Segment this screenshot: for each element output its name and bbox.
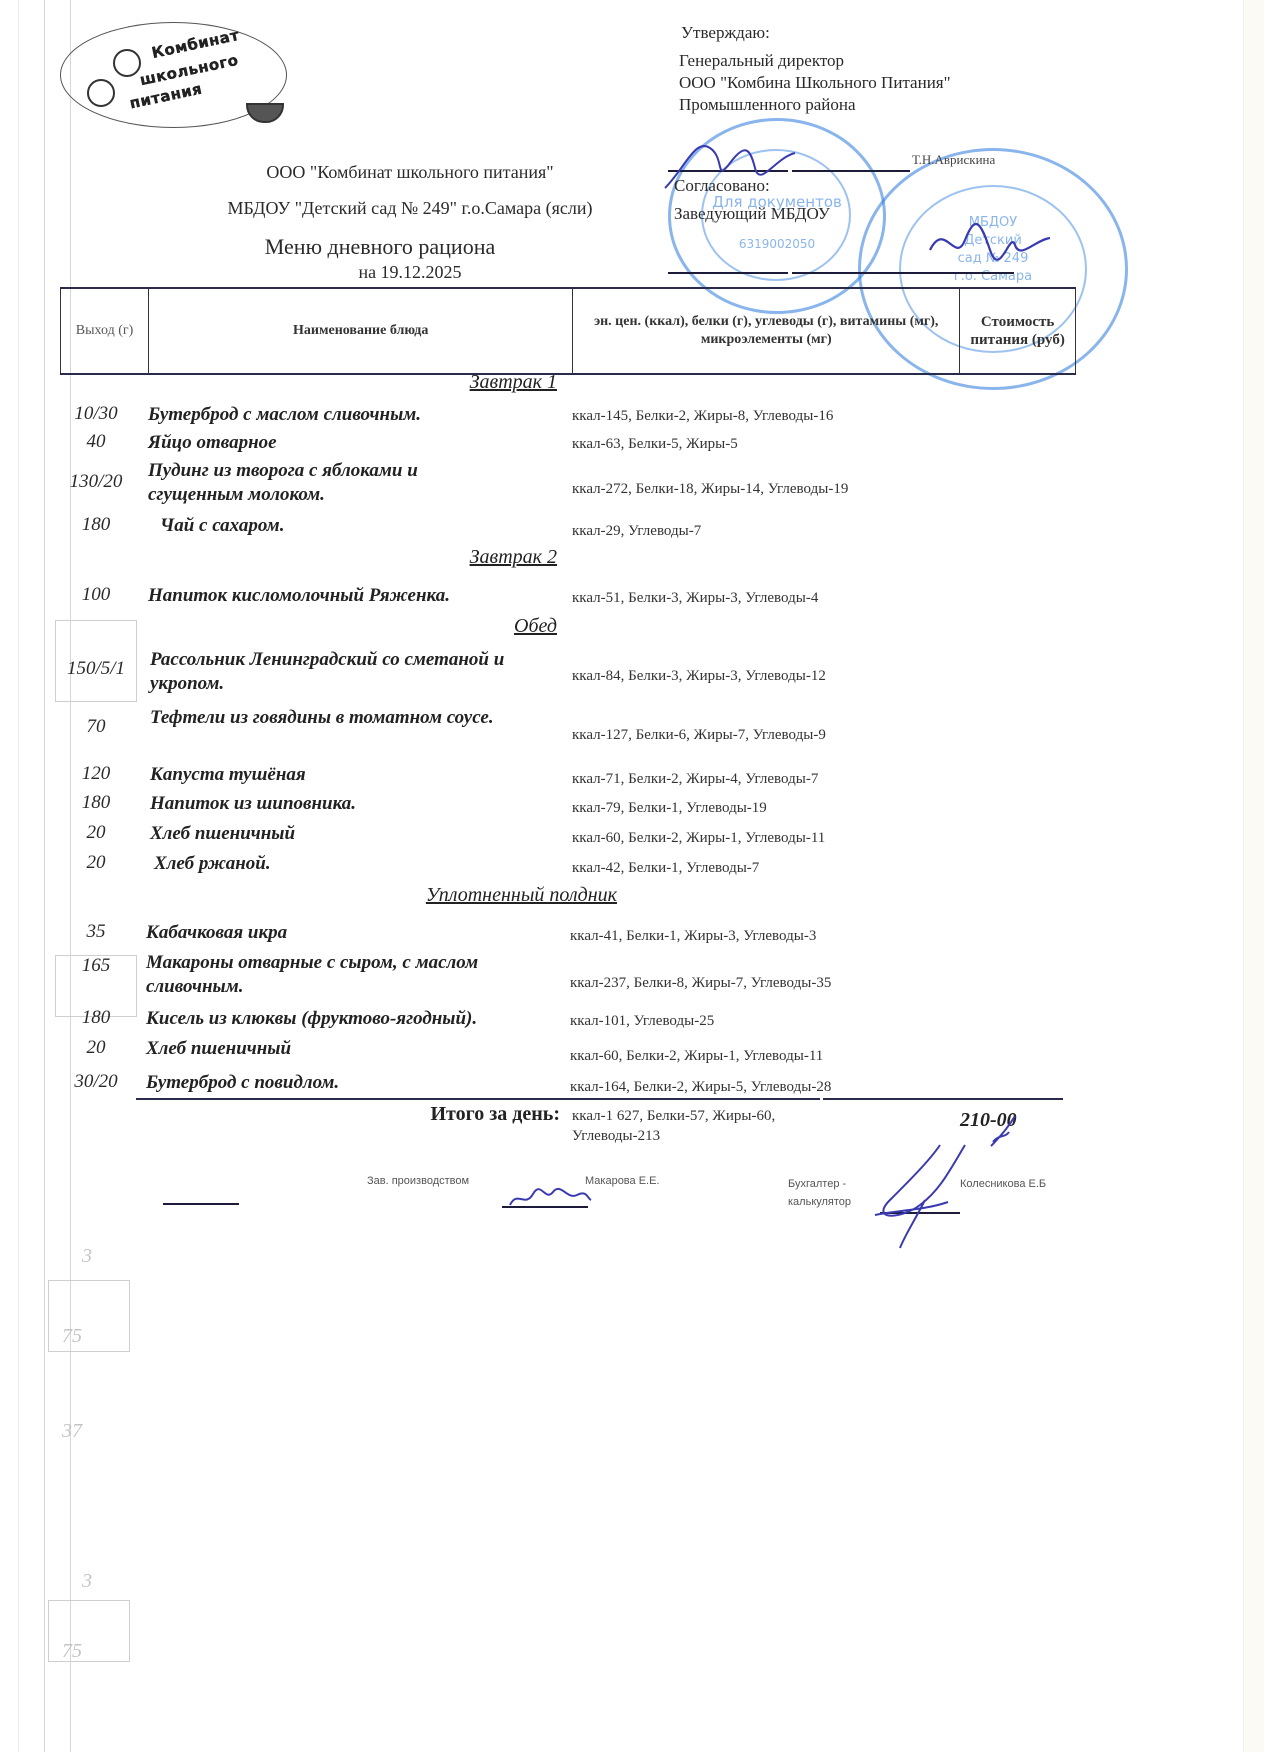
dish-nutrition: ккал-84, Белки-3, Жиры-3, Углеводы-12 — [572, 668, 826, 685]
table-header: Выход (г) Наименование блюда эн. цен. (к… — [60, 287, 1076, 375]
dish-nutrition: ккал-41, Белки-1, Жиры-3, Углеводы-3 — [570, 928, 816, 945]
column-header-nutrition: эн. цен. (ккал), белки (г), углеводы (г)… — [572, 289, 959, 373]
dish-name: Напиток кисломолочный Ряженка. — [148, 584, 568, 608]
section-heading: Уплотненный полдник — [140, 884, 617, 907]
dish-name: Хлеб ржаной. — [154, 852, 574, 876]
dish-name: Бутерброд с повидлом. — [146, 1071, 566, 1095]
dish-name: Кисель из клюквы (фруктово-ягодный). — [146, 1007, 566, 1031]
dish-weight: 180 — [52, 1007, 140, 1029]
director-signature-line — [792, 170, 910, 172]
production-title: Зав. производством — [367, 1175, 469, 1187]
dish-weight: 10/30 — [52, 403, 140, 425]
column-header-dish: Наименование блюда — [148, 289, 572, 373]
cost-initials — [985, 1112, 1025, 1152]
dish-weight: 20 — [52, 852, 140, 874]
section-heading: Обед — [140, 615, 557, 638]
approval-heading: Утверждаю: — [681, 22, 951, 44]
dish-nutrition: ккал-29, Углеводы-7 — [572, 523, 701, 540]
dish-nutrition: ккал-60, Белки-2, Жиры-1, Углеводы-11 — [570, 1048, 823, 1065]
dish-weight: 100 — [52, 584, 140, 606]
total-divider — [823, 1098, 1063, 1100]
dish-name: Пудинг из творога с яблоками и сгущенным… — [148, 459, 508, 507]
accountant-title: калькулятор — [788, 1196, 851, 1208]
approval-district: Промышленного района — [679, 94, 951, 116]
dish-weight: 35 — [52, 921, 140, 943]
section-heading: Завтрак 1 — [140, 371, 557, 394]
bowl-icon — [246, 103, 284, 123]
dish-nutrition: ккал-237, Белки-8, Жиры-7, Углеводы-35 — [570, 975, 831, 992]
total-nutrition: ккал-1 627, Белки-57, Жиры-60, Углеводы-… — [572, 1106, 872, 1146]
dish-nutrition: ккал-79, Белки-1, Углеводы-19 — [572, 800, 767, 817]
total-nutrition-line: ккал-1 627, Белки-57, Жиры-60, — [572, 1106, 872, 1126]
section-heading: Завтрак 2 — [140, 546, 557, 569]
scan-bleed-margin: 75 37 75 3 3 — [0, 0, 150, 1752]
dish-nutrition: ккал-42, Белки-1, Углеводы-7 — [572, 860, 759, 877]
total-divider — [136, 1098, 560, 1100]
dish-nutrition: ккал-145, Белки-2, Жиры-8, Углеводы-16 — [572, 408, 833, 425]
signature-line — [163, 1203, 239, 1205]
total-label: Итого за день: — [400, 1103, 560, 1126]
dish-weight: 180 — [52, 514, 140, 536]
child-face-icon — [87, 79, 115, 107]
dish-name: Хлеб пшеничный — [146, 1037, 566, 1061]
dish-name: Яйцо отварное — [148, 431, 568, 455]
page-title: Меню дневного рациона — [100, 234, 660, 260]
dish-name: Хлеб пшеничный — [150, 822, 570, 846]
approval-block: Утверждаю: Генеральный директор ООО "Ком… — [679, 22, 951, 116]
dish-nutrition: ккал-127, Белки-6, Жиры-7, Углеводы-9 — [572, 727, 826, 744]
dish-weight: 130/20 — [52, 471, 140, 493]
org-name: ООО "Комбинат школьного питания" — [130, 162, 690, 183]
column-header-weight: Выход (г) — [60, 289, 148, 373]
logo-word: питания — [128, 80, 204, 113]
total-divider — [560, 1098, 820, 1100]
dish-name: Рассольник Ленинградский со сметаной и у… — [150, 648, 570, 696]
dish-name: Бутерброд с маслом сливочным. — [148, 403, 568, 427]
dish-name: Тефтели из говядины в томатном соусе. — [150, 706, 530, 730]
dish-name: Напиток из шиповника. — [150, 792, 570, 816]
approval-company: ООО "Комбина Школьного Питания" — [679, 72, 951, 94]
approval-position: Генеральный директор — [679, 50, 951, 72]
accountant-title: Бухгалтер - — [788, 1178, 846, 1190]
column-header-cost: Стоимость питания (руб) — [959, 289, 1076, 373]
dish-nutrition: ккал-60, Белки-2, Жиры-1, Углеводы-11 — [572, 830, 825, 847]
accountant-signature — [870, 1140, 980, 1250]
dish-nutrition: ккал-63, Белки-5, Жиры-5 — [572, 436, 738, 453]
dish-weight: 30/20 — [52, 1071, 140, 1093]
production-name: Макарова Е.Е. — [585, 1175, 660, 1187]
school-name: МБДОУ "Детский сад № 249" г.о.Самара (яс… — [130, 198, 690, 219]
director-name: Т.Н.Аврискина — [912, 152, 995, 168]
dish-weight: 165 — [52, 955, 140, 977]
dish-weight: 40 — [52, 431, 140, 453]
dish-weight: 150/5/1 — [52, 658, 140, 680]
head-signature — [920, 210, 1060, 280]
menu-date: на 19.12.2025 — [130, 262, 690, 283]
dish-nutrition: ккал-164, Белки-2, Жиры-5, Углеводы-28 — [570, 1079, 831, 1096]
dish-weight: 20 — [52, 1037, 140, 1059]
dish-name: Чай с сахаром. — [160, 514, 580, 538]
dish-name: Кабачковая икра — [146, 921, 566, 945]
dish-nutrition: ккал-51, Белки-3, Жиры-3, Углеводы-4 — [572, 590, 818, 607]
dish-nutrition: ккал-101, Углеводы-25 — [570, 1013, 714, 1030]
production-signature — [505, 1180, 595, 1210]
agreed-position: Заведующий МБДОУ — [674, 204, 830, 224]
dish-weight: 20 — [52, 822, 140, 844]
dish-weight: 180 — [52, 792, 140, 814]
dish-name: Макароны отварные с сыром, с маслом слив… — [146, 951, 566, 999]
child-face-icon — [113, 49, 141, 77]
total-nutrition-line: Углеводы-213 — [572, 1126, 872, 1146]
dish-nutrition: ккал-71, Белки-2, Жиры-4, Углеводы-7 — [572, 771, 818, 788]
dish-name: Капуста тушёная — [150, 763, 570, 787]
dish-weight: 70 — [52, 716, 140, 738]
dish-nutrition: ккал-272, Белки-18, Жиры-14, Углеводы-19 — [572, 481, 848, 498]
company-logo: Комбинат школьного питания — [60, 22, 287, 128]
page-edge — [1243, 0, 1264, 1752]
dish-weight: 120 — [52, 763, 140, 785]
